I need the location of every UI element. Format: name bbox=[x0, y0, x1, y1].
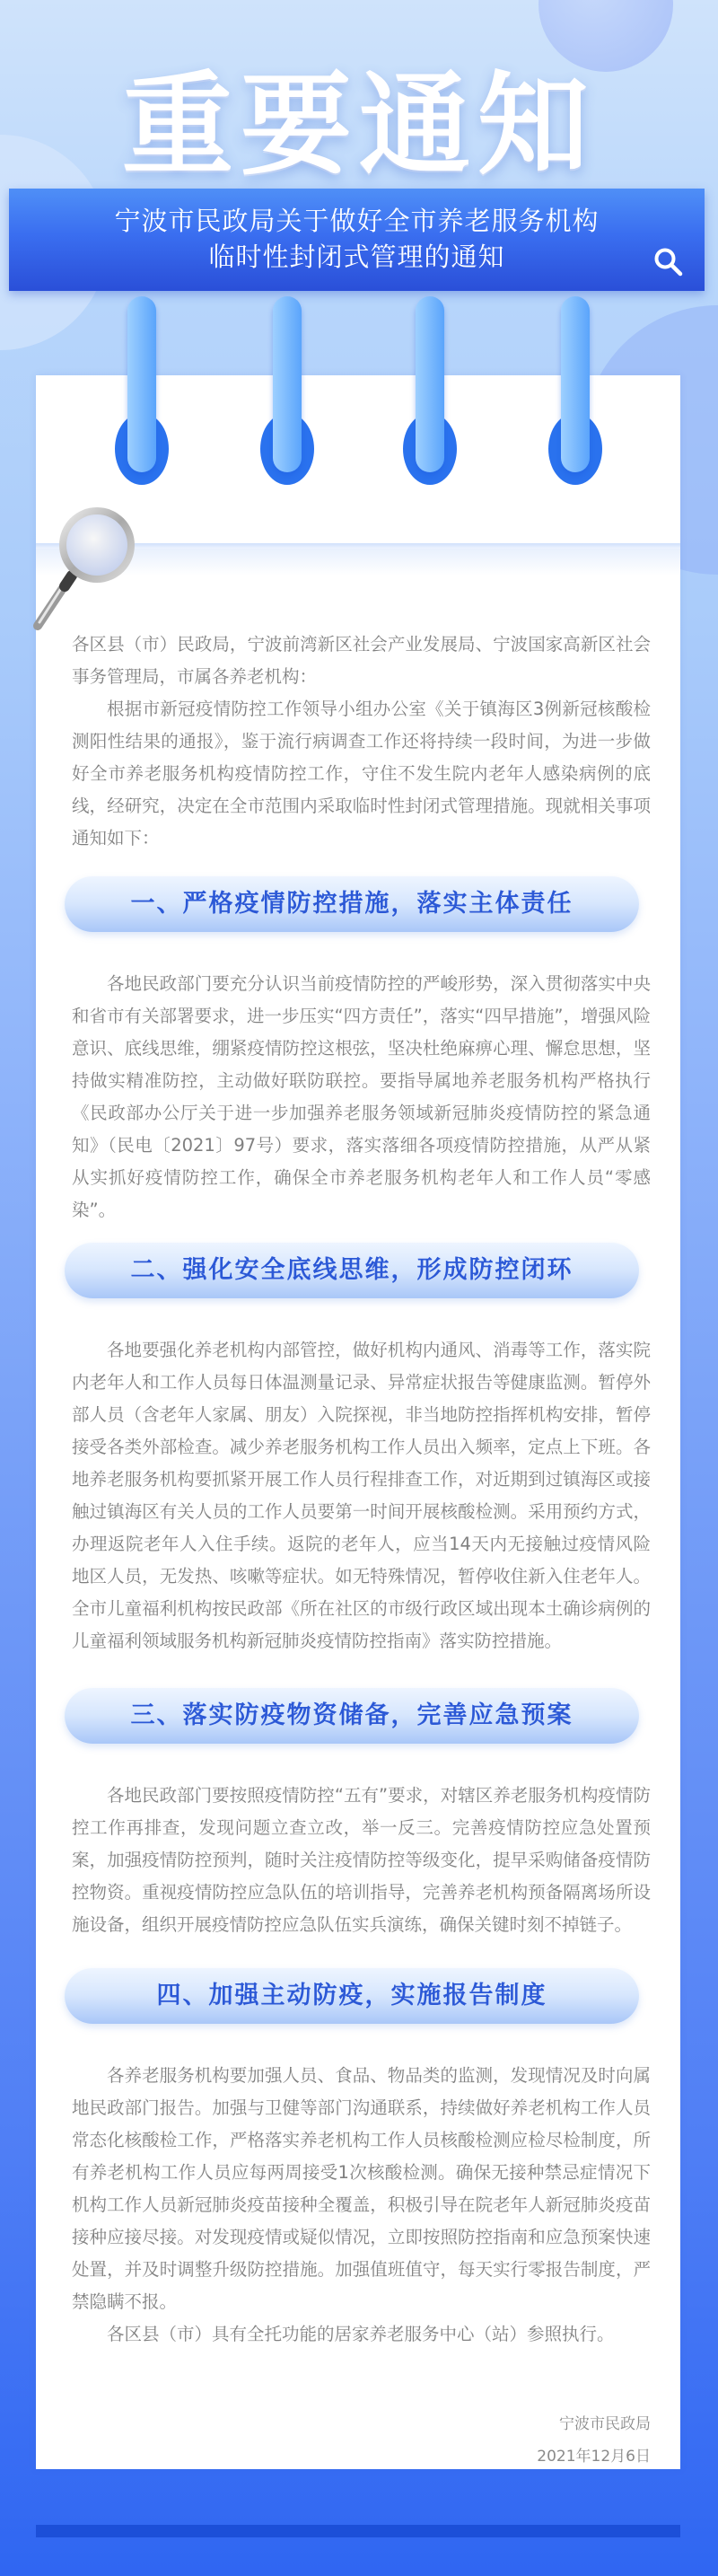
magnifier-icon bbox=[18, 498, 153, 633]
title-banner: 宁波市民政局关于做好全市养老服务机构 临时性封闭式管理的通知 bbox=[9, 189, 705, 291]
notice-body: 各区县（市）民政局，宁波前湾新区社会产业发展局、宁波国家高新区社会事务管理局，市… bbox=[72, 629, 651, 2473]
section-heading-1-text: 一、严格疫情防控措施，落实主体责任 bbox=[131, 888, 574, 920]
section-heading-2-text: 二、强化安全底线思维，形成防控闭环 bbox=[131, 1254, 574, 1287]
banner-title-line-1: 宁波市民政局关于做好全市养老服务机构 bbox=[9, 203, 705, 239]
binder-ring-1 bbox=[122, 296, 162, 485]
search-icon bbox=[652, 246, 685, 278]
binder-ring-4 bbox=[556, 296, 595, 485]
binder-ring-2 bbox=[267, 296, 307, 485]
section-heading-4: 四、加强主动防疫，实施报告制度 bbox=[65, 1968, 639, 2024]
section-heading-4-text: 四、加强主动防疫，实施报告制度 bbox=[157, 1980, 547, 2012]
signature-org: 宁波市民政局 bbox=[72, 2408, 651, 2440]
closing-paragraph: 各区县（市）具有全托功能的居家养老服务中心（站）参照执行。 bbox=[72, 2318, 651, 2351]
banner-title-line-2: 临时性封闭式管理的通知 bbox=[9, 239, 705, 275]
section-body-3: 各地民政部门要按照疫情防控“五有”要求，对辖区养老服务机构疫情防控工作再排查，发… bbox=[72, 1780, 651, 1941]
card-bottom-edge bbox=[36, 2525, 680, 2537]
section-heading-3: 三、落实防疫物资储备，完善应急预案 bbox=[65, 1688, 639, 1744]
section-heading-3-text: 三、落实防疫物资储备，完善应急预案 bbox=[131, 1700, 574, 1732]
section-body-4: 各养老服务机构要加强人员、食品、物品类的监测，发现情况及时向属地民政部门报告。加… bbox=[72, 2060, 651, 2318]
section-body-2: 各地要强化养老机构内部管控，做好机构内通风、消毒等工作，落实院内老年人和工作人员… bbox=[72, 1334, 651, 1657]
hero-title: 重要通知 bbox=[0, 36, 718, 196]
section-heading-2: 二、强化安全底线思维，形成防控闭环 bbox=[65, 1243, 639, 1298]
signature-date: 2021年12月6日 bbox=[72, 2440, 651, 2473]
section-heading-1: 一、严格疫情防控措施，落实主体责任 bbox=[65, 876, 639, 932]
intro-paragraph: 根据市新冠疫情防控工作领导小组办公室《关于镇海区3例新冠核酸检测阳性结果的通报》… bbox=[72, 693, 651, 855]
salutation: 各区县（市）民政局，宁波前湾新区社会产业发展局、宁波国家高新区社会事务管理局，市… bbox=[72, 629, 651, 693]
binder-ring-3 bbox=[410, 296, 450, 485]
section-body-1: 各地民政部门要充分认识当前疫情防控的严峻形势，深入贯彻落实中央和省市有关部署要求… bbox=[72, 968, 651, 1226]
